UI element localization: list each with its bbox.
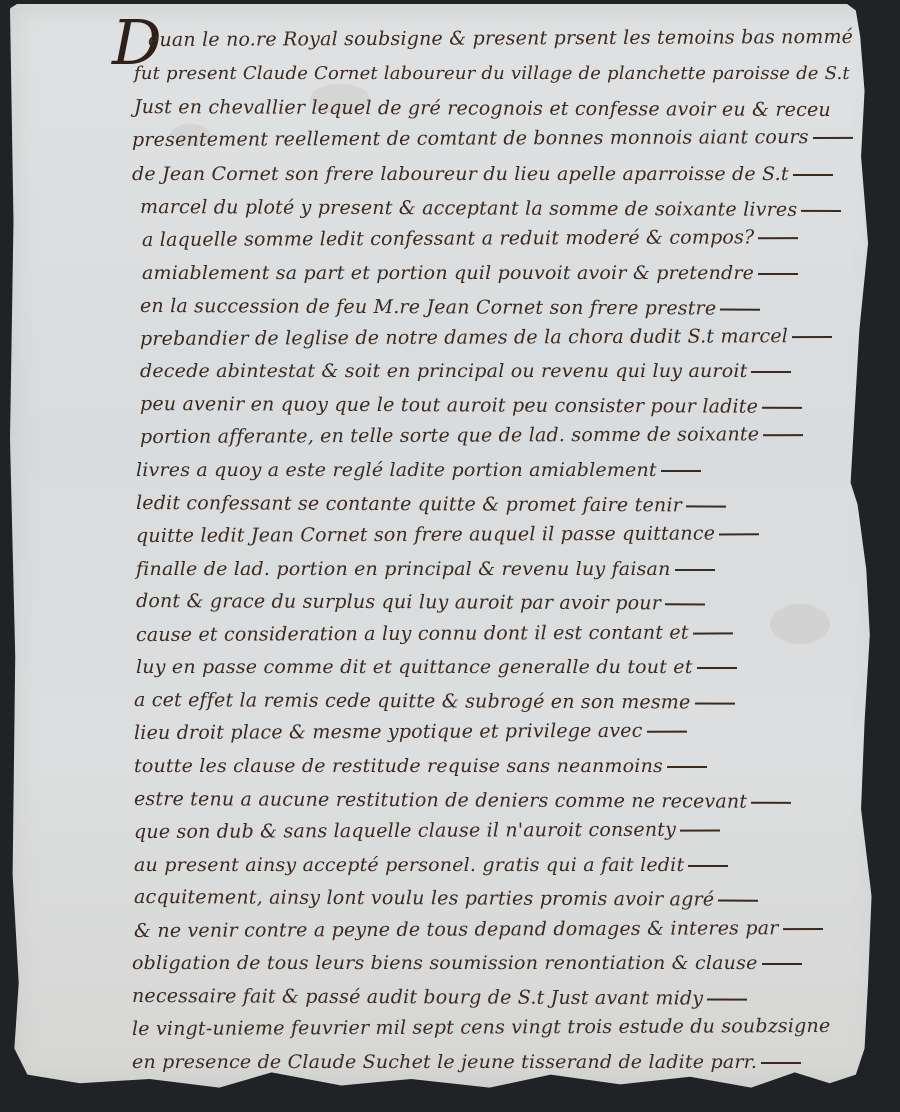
manuscript-line: en presence de Claude Suchet le jeune ti…: [132, 1051, 801, 1073]
manuscript-line: ledit confessant se contante quitte & pr…: [136, 492, 726, 517]
manuscript-line: livres a quoy a este reglé ladite portio…: [136, 459, 701, 481]
manuscript-line: acquitement, ainsy lont voulu les partie…: [134, 886, 758, 911]
manuscript-line: temoing qui a declaré ne scavoir signer …: [132, 1084, 794, 1109]
line-filler-stroke: [801, 210, 841, 212]
manuscript-line: peu avenir en quoy que le tout auroit pe…: [140, 393, 802, 418]
manuscript-line: marcel du ploté y present & acceptant la…: [140, 196, 841, 221]
manuscript-line: necessaire fait & passé audit bourg de S…: [132, 985, 747, 1010]
line-filler-stroke: [707, 999, 747, 1001]
manuscript-line: en la succession de feu M.re Jean Cornet…: [140, 295, 760, 320]
manuscript-line: lieu droit place & mesme ypotique et pri…: [134, 720, 687, 744]
line-filler-stroke: [675, 569, 715, 571]
line-filler-stroke: [719, 533, 759, 535]
handwritten-text-block: euan le no.re Royal soubsigne & present …: [10, 4, 882, 1092]
manuscript-line: de Jean Cornet son frere laboureur du li…: [132, 163, 833, 185]
line-filler-stroke: [758, 273, 798, 275]
manuscript-line: & ne venir contre a peyne de tous depand…: [134, 917, 823, 942]
line-filler-stroke: [686, 505, 726, 507]
line-filler-stroke: [813, 137, 853, 139]
line-filler-stroke: [763, 434, 803, 436]
line-filler-stroke: [762, 963, 802, 965]
manuscript-line: que son dub & sans laquelle clause il n'…: [134, 818, 720, 843]
manuscript-line: dont & grace du surplus qui luy auroit p…: [136, 590, 705, 614]
manuscript-line: a laquelle somme ledit confessant a redu…: [142, 226, 798, 251]
manuscript-line: fut present Claude Cornet laboureur du v…: [134, 63, 850, 84]
manuscript-line: le vingt-unieme feuvrier mil sept cens v…: [132, 1015, 830, 1040]
manuscript-line: estre tenu a aucune restitution de denie…: [134, 788, 791, 813]
manuscript-line: presentement reellement de comtant de bo…: [132, 126, 853, 151]
manuscript-line: amiablement sa part et portion quil pouv…: [142, 262, 798, 284]
manuscript-line: cause et consideration a luy connu dont …: [136, 621, 733, 646]
line-filler-stroke: [693, 632, 733, 634]
line-filler-stroke: [661, 470, 701, 472]
line-filler-stroke: [647, 731, 687, 733]
line-filler-stroke: [720, 309, 760, 311]
line-filler-stroke: [694, 702, 734, 704]
line-filler-stroke: [667, 766, 707, 768]
line-filler-stroke: [758, 237, 798, 239]
manuscript-line: obligation de tous leurs biens soumissio…: [132, 952, 802, 974]
manuscript-line: luy en passe comme dit et quittance gene…: [136, 656, 737, 678]
line-filler-stroke: [792, 336, 832, 338]
manuscript-line: au present ainsy accepté personel. grati…: [134, 854, 728, 876]
line-filler-stroke: [793, 174, 833, 176]
line-filler-stroke: [751, 802, 791, 804]
line-filler-stroke: [754, 1098, 794, 1100]
manuscript-line: finalle de lad. portion en principal & r…: [136, 558, 715, 580]
manuscript-line: decede abintestat & soit en principal ou…: [140, 360, 791, 382]
manuscript-line: toutte les clause de restitude requise s…: [134, 755, 707, 777]
line-filler-stroke: [718, 900, 758, 902]
line-filler-stroke: [688, 865, 728, 867]
manuscript-line: euan le no.re Royal soubsigne & present …: [148, 26, 853, 51]
manuscript-line: quitte ledit Jean Cornet son frere auque…: [136, 522, 759, 547]
manuscript-line: portion afferante, en telle sorte que de…: [140, 423, 803, 448]
manuscript-page: D euan le no.re Royal soubsigne & presen…: [10, 4, 882, 1092]
line-filler-stroke: [762, 407, 802, 409]
line-filler-stroke: [680, 829, 720, 831]
line-filler-stroke: [761, 1062, 801, 1064]
manuscript-line: prebandier de leglise de notre dames de …: [140, 325, 832, 350]
manuscript-line: a cet effet la remis cede quitte & subro…: [134, 689, 735, 714]
manuscript-line: Just en chevallier lequel de gré recogno…: [134, 96, 831, 121]
line-filler-stroke: [782, 928, 822, 930]
line-filler-stroke: [697, 667, 737, 669]
line-filler-stroke: [665, 603, 705, 605]
line-filler-stroke: [751, 371, 791, 373]
